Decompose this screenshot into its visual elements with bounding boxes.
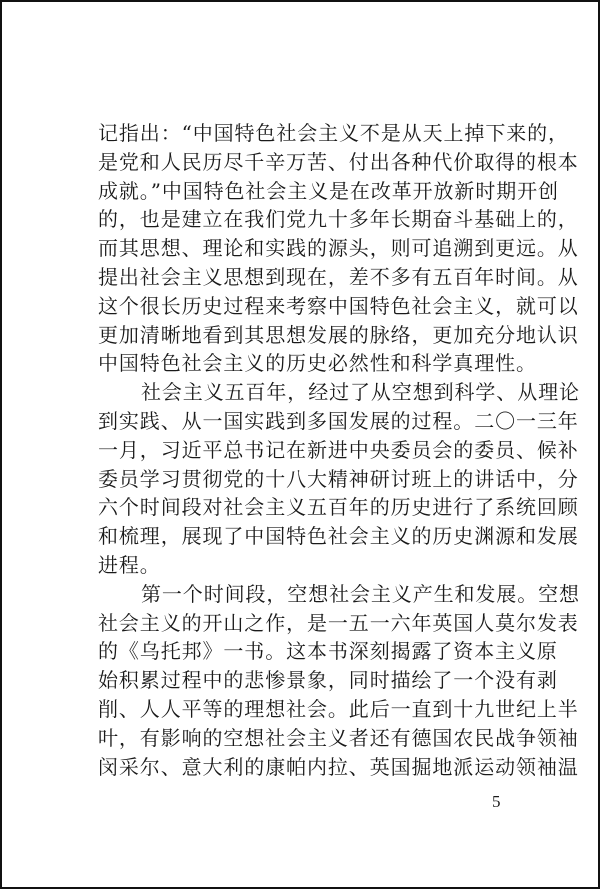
book-page: 记指出：“中国特色社会主义不是从天上掉下来的， 是党和人民历尽千辛万苦、付出各种… xyxy=(0,0,600,889)
text-line: 一月，习近平总书记在新进中央委员会的委员、候补 xyxy=(98,436,528,465)
text-line: 记指出：“中国特色社会主义不是从天上掉下来的， xyxy=(98,119,528,148)
text-line: 而其思想、理论和实践的源头，则可追溯到更远。从 xyxy=(98,234,528,263)
text-line: 叶，有影响的空想社会主义者还有德国农民战争领袖 xyxy=(98,724,528,753)
text-line: 削、人人平等的理想社会。此后一直到十九世纪上半 xyxy=(98,695,528,724)
page-number: 5 xyxy=(492,792,501,812)
text-line: 到实践、从一国实践到多国发展的过程。二〇一三年 xyxy=(98,407,528,436)
text-line: 闵采尔、意大利的康帕内拉、英国掘地派运动领袖温 xyxy=(98,753,528,782)
text-line: 的《乌托邦》一书。这本书深刻揭露了资本主义原 xyxy=(98,637,528,666)
text-line: 始积累过程中的悲惨景象，同时描绘了一个没有剥 xyxy=(98,666,528,695)
text-line: 这个很长历史过程来考察中国特色社会主义，就可以 xyxy=(98,292,528,321)
text-line: 的，也是建立在我们党九十多年长期奋斗基础上的， xyxy=(98,205,528,234)
text-line: 成就。”中国特色社会主义是在改革开放新时期开创 xyxy=(98,177,528,206)
paragraph-start-line: 第一个时间段，空想社会主义产生和发展。空想 xyxy=(98,580,528,609)
text-line: 社会主义的开山之作，是一五一六年英国人莫尔发表 xyxy=(98,609,528,638)
text-line: 是党和人民历尽千辛万苦、付出各种代价取得的根本 xyxy=(98,148,528,177)
paragraph-start-line: 社会主义五百年，经过了从空想到科学、从理论 xyxy=(98,378,528,407)
text-line: 和梳理，展现了中国特色社会主义的历史渊源和发展 xyxy=(98,522,528,551)
text-line: 中国特色社会主义的历史必然性和科学真理性。 xyxy=(98,349,528,378)
text-line: 委员学习贯彻党的十八大精神研讨班上的讲话中，分 xyxy=(98,465,528,494)
text-line: 提出社会主义思想到现在，差不多有五百年时间。从 xyxy=(98,263,528,292)
text-line: 六个时间段对社会主义五百年的历史进行了系统回顾 xyxy=(98,493,528,522)
text-line: 更加清晰地看到其思想发展的脉络，更加充分地认识 xyxy=(98,321,528,350)
body-text: 记指出：“中国特色社会主义不是从天上掉下来的， 是党和人民历尽千辛万苦、付出各种… xyxy=(98,119,528,781)
text-line: 进程。 xyxy=(98,551,528,580)
